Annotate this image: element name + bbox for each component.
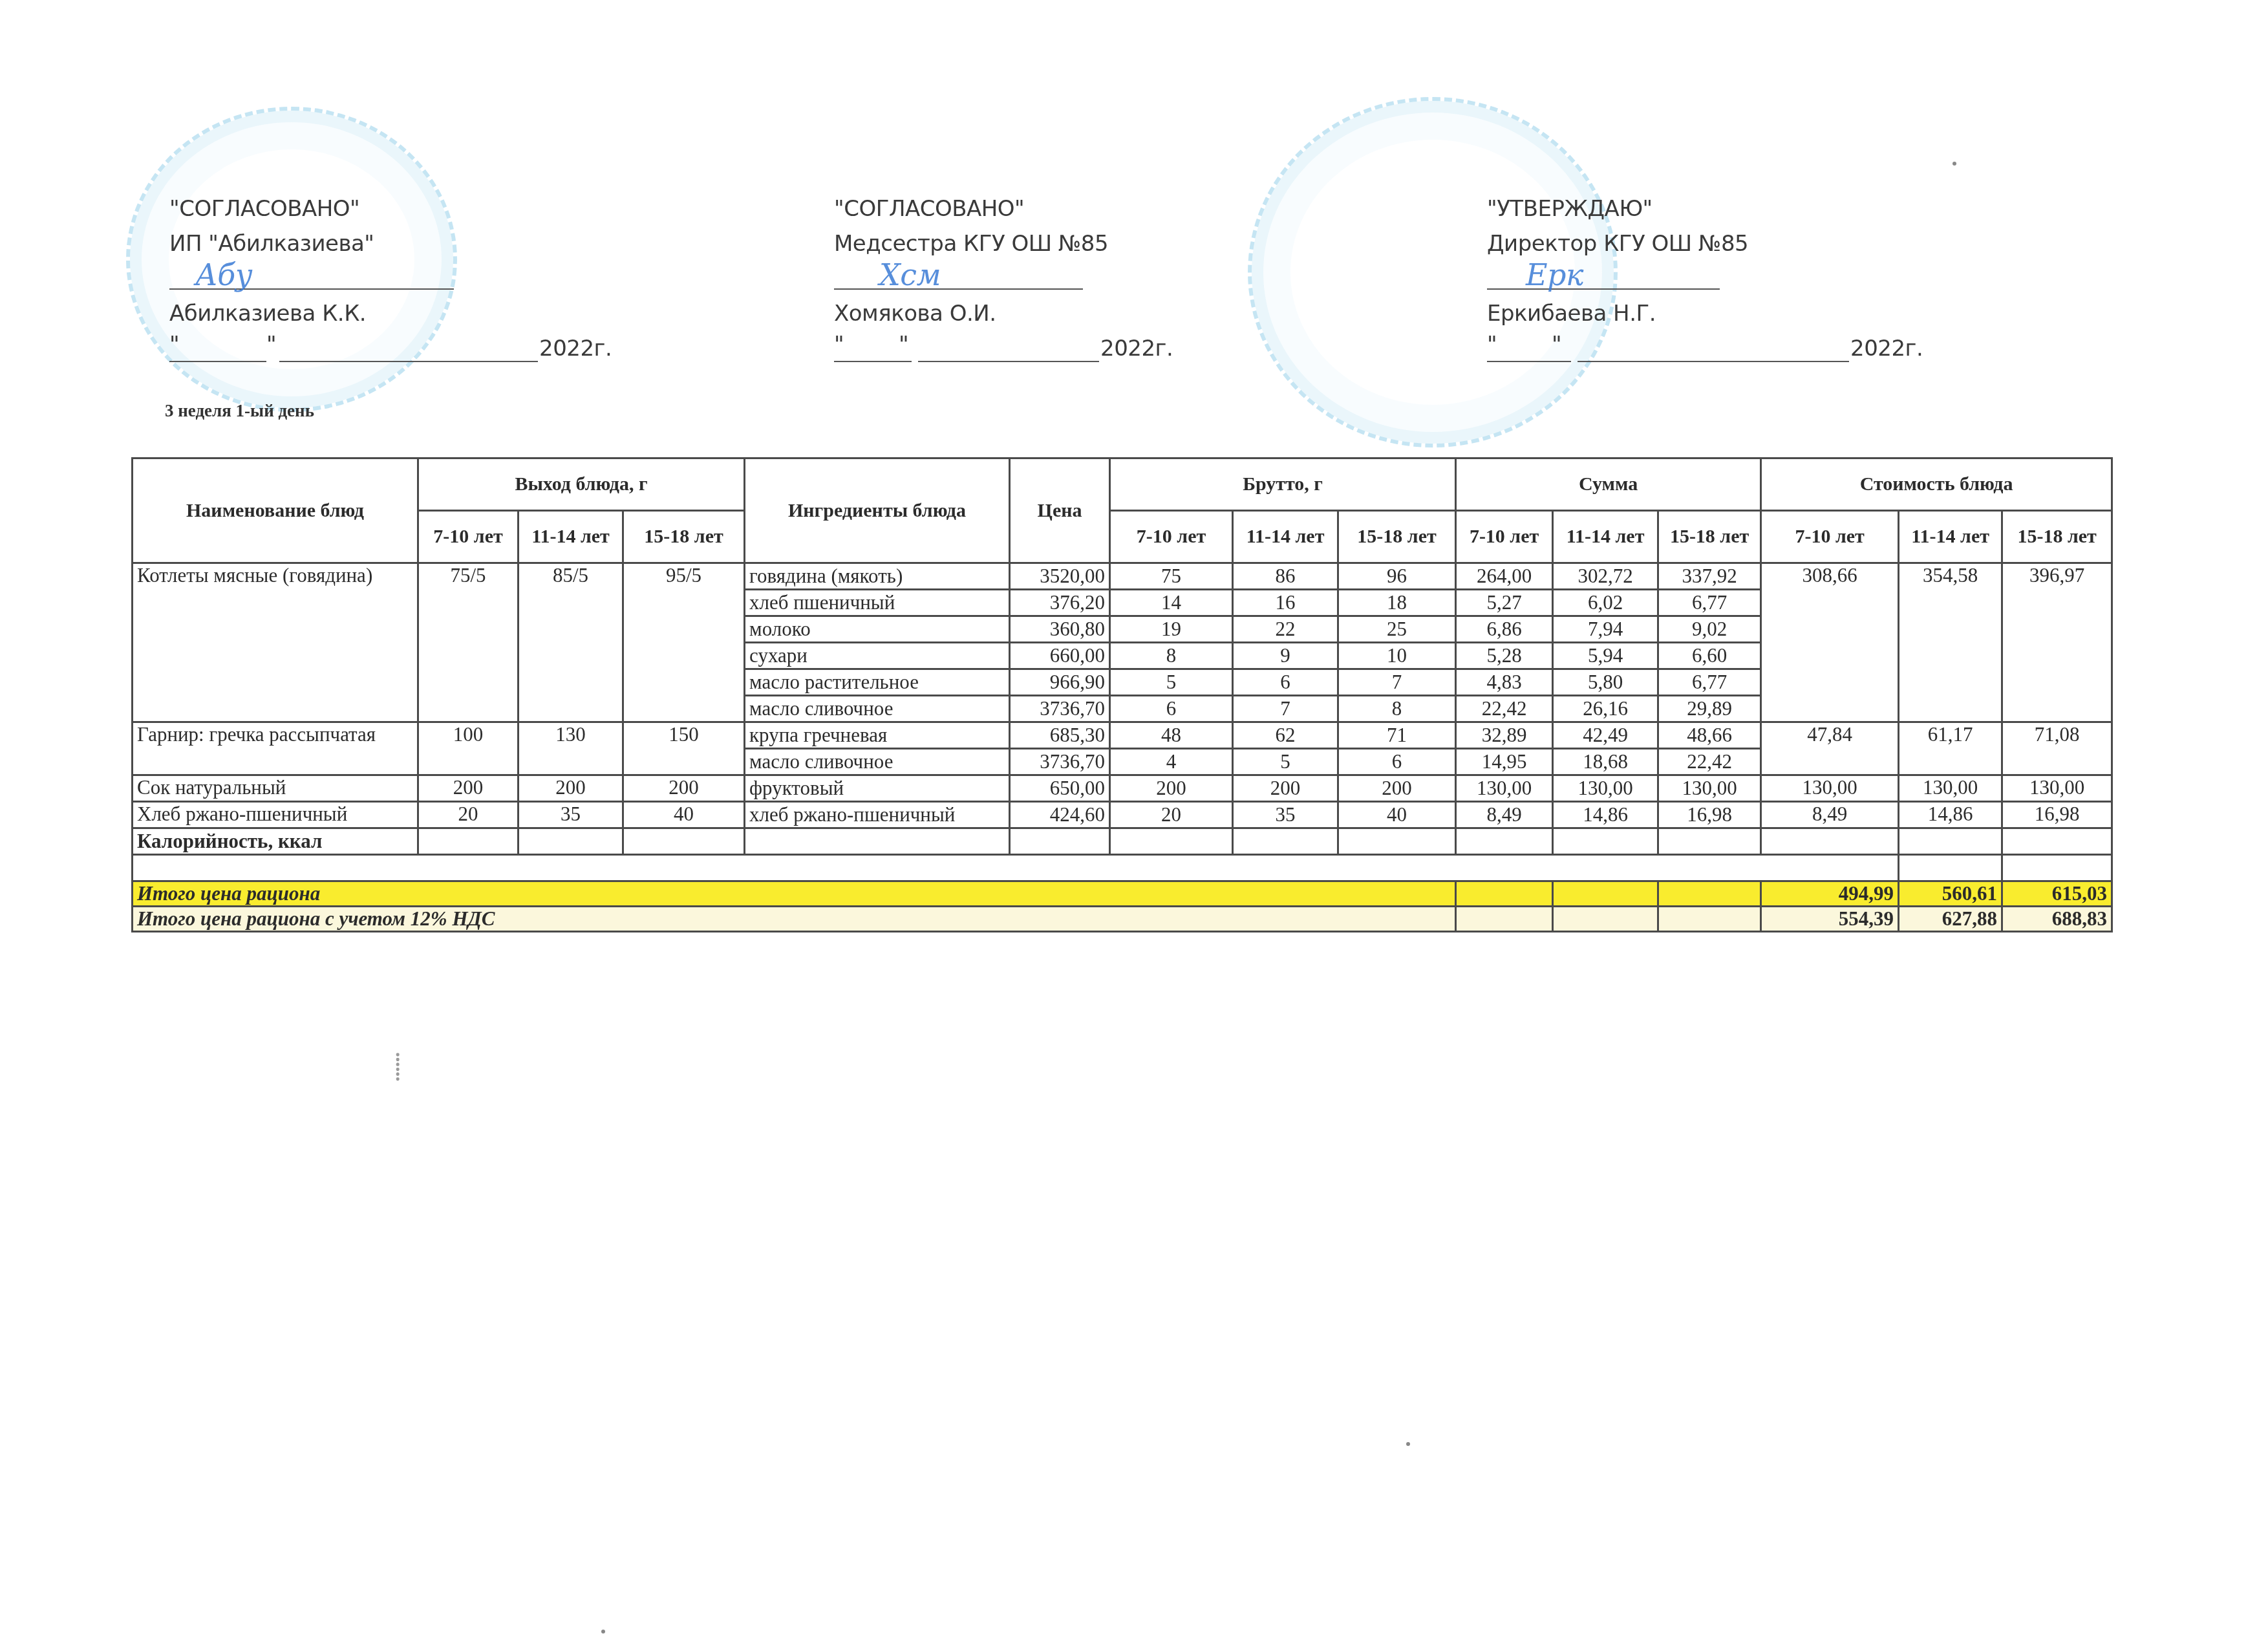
ingredient-price: 376,20 [1010,590,1110,616]
ingredient-brutto: 25 [1338,616,1456,643]
header-dish-name: Наименование блюд [133,458,418,563]
calorie-cell [1553,828,1658,855]
dish-name: Сок натуральный [133,775,418,802]
dish-yield: 85/5 [519,563,623,722]
date-year: 2022г. [539,331,612,366]
menu-cost-table: Наименование блюд Выход блюда, г Ингреди… [131,457,2113,932]
ingredient-name: говядина (мякоть) [745,563,1010,590]
ingredient-name: хлеб пшеничный [745,590,1010,616]
date-year: 2022г. [1100,331,1173,366]
ingredient-sum: 5,28 [1456,643,1553,669]
ingredient-brutto: 200 [1338,775,1456,802]
scan-artifact [1406,1442,1410,1446]
ingredient-sum: 6,77 [1658,669,1761,696]
ingredient-sum: 5,94 [1553,643,1658,669]
calorie-label: Калорийность, ккал [133,828,418,855]
approval-block-supplier: "СОГЛАСОВАНО" ИП "Абилказиева" Абу Абилк… [169,191,374,366]
spacer-cell [133,855,1899,881]
approval-date: " " 2022г. [834,331,1108,366]
ingredient-brutto: 6 [1110,696,1233,722]
date-quote-close: " [266,327,276,362]
header-ingredients: Ингредиенты блюда [745,458,1010,563]
ingredient-brutto: 75 [1110,563,1233,590]
signature-rule [834,288,1083,290]
total-value: 554,39 [1761,907,1899,932]
scan-artifact [1952,162,1956,166]
ingredient-brutto: 71 [1338,722,1456,749]
table-row: Котлеты мясные (говядина)75/585/595/5гов… [133,563,2112,590]
header-cost-age-2: 15-18 лет [2002,511,2112,563]
total-value: 560,61 [1899,881,2002,907]
calorie-cell [745,828,1010,855]
ingredient-name: хлеб ржано-пшеничный [745,802,1010,828]
dish-name: Гарнир: гречка рассыпчатая [133,722,418,775]
week-day-label: 3 неделя 1-ый день [165,401,314,421]
ingredient-sum: 5,80 [1553,669,1658,696]
approval-block-nurse: "СОГЛАСОВАНО" Медсестра КГУ ОШ №85 Хсм Х… [834,191,1108,366]
ingredient-sum: 130,00 [1456,775,1553,802]
ingredient-brutto: 19 [1110,616,1233,643]
dish-yield: 130 [519,722,623,775]
calorie-cell [1010,828,1110,855]
ingredient-brutto: 14 [1110,590,1233,616]
ingredient-brutto: 86 [1233,563,1338,590]
ingredient-brutto: 4 [1110,749,1233,775]
approval-name: Еркибаева Н.Г. [1487,296,1748,331]
ingredient-sum: 9,02 [1658,616,1761,643]
ingredient-name: крупа гречневая [745,722,1010,749]
day-blank [169,361,266,362]
total-blank [1658,907,1761,932]
age-group-header-row: 7-10 лет11-14 лет15-18 лет7-10 лет11-14 … [133,511,2112,563]
month-blank [279,361,538,362]
ingredient-sum: 14,95 [1456,749,1553,775]
dish-yield: 100 [418,722,519,775]
calorie-cell [519,828,623,855]
ingredient-name: масло растительное [745,669,1010,696]
total-value: 688,83 [2002,907,2112,932]
total-value: 615,03 [2002,881,2112,907]
ingredient-sum: 337,92 [1658,563,1761,590]
header-brutto: Брутто, г [1110,458,1456,511]
ingredient-brutto: 48 [1110,722,1233,749]
approval-block-director: "УТВЕРЖДАЮ" Директор КГУ ОШ №85 Ерк Ерки… [1487,191,1748,366]
ingredient-brutto: 7 [1233,696,1338,722]
ingredient-brutto: 200 [1110,775,1233,802]
header-yield-age-2: 15-18 лет [623,511,745,563]
ingredient-sum: 48,66 [1658,722,1761,749]
date-quote-close: " [899,327,908,362]
table-row: Сок натуральный200200200фруктовый650,002… [133,775,2112,802]
ingredient-sum: 32,89 [1456,722,1553,749]
header-yield-age-1: 11-14 лет [519,511,623,563]
calorie-cell [1658,828,1761,855]
calorie-cell [623,828,745,855]
scan-artifact: ⸽ [394,1048,401,1083]
calorie-cell [2002,828,2112,855]
approval-name: Абилказиева К.К. [169,296,374,331]
calorie-cell [1456,828,1553,855]
ingredient-sum: 5,27 [1456,590,1553,616]
total-blank [1553,907,1658,932]
ingredient-brutto: 18 [1338,590,1456,616]
header-brutto-age-2: 15-18 лет [1338,511,1456,563]
ingredient-brutto: 6 [1233,669,1338,696]
ingredient-name: масло сливочное [745,696,1010,722]
ingredient-price: 660,00 [1010,643,1110,669]
header-cost-age-1: 11-14 лет [1899,511,2002,563]
header-dish-cost: Стоимость блюда [1761,458,2112,511]
calorie-cell [1233,828,1338,855]
ingredient-price: 3736,70 [1010,696,1110,722]
total-row: Итого цена рациона с учетом 12% НДС554,3… [133,907,2112,932]
ingredient-name: молоко [745,616,1010,643]
total-blank [1456,907,1553,932]
dish-yield: 150 [623,722,745,775]
dish-yield: 200 [418,775,519,802]
ingredient-sum: 22,42 [1658,749,1761,775]
header-price: Цена [1010,458,1110,563]
approval-position: ИП "Абилказиева" [169,226,374,261]
ingredient-brutto: 200 [1233,775,1338,802]
ingredient-price: 3736,70 [1010,749,1110,775]
dish-cost: 71,08 [2002,722,2112,775]
total-value: 494,99 [1761,881,1899,907]
ingredient-brutto: 40 [1338,802,1456,828]
total-blank [1553,881,1658,907]
header-brutto-age-1: 11-14 лет [1233,511,1338,563]
dish-yield: 200 [623,775,745,802]
ingredient-name: сухари [745,643,1010,669]
dish-yield: 35 [519,802,623,828]
dish-yield: 75/5 [418,563,519,722]
ingredient-brutto: 9 [1233,643,1338,669]
ingredient-name: масло сливочное [745,749,1010,775]
ingredient-sum: 8,49 [1456,802,1553,828]
signature-rule [1487,288,1720,290]
ingredient-sum: 264,00 [1456,563,1553,590]
dish-yield: 200 [519,775,623,802]
ingredient-brutto: 8 [1338,696,1456,722]
ingredient-sum: 18,68 [1553,749,1658,775]
dish-yield: 20 [418,802,519,828]
calorie-cell [1761,828,1899,855]
scan-artifact [601,1630,605,1633]
ingredient-brutto: 7 [1338,669,1456,696]
month-blank [918,361,1099,362]
date-year: 2022г. [1850,331,1923,366]
ingredient-price: 424,60 [1010,802,1110,828]
handwritten-signature: Ерк [1526,257,1583,292]
header-sum-age-1: 11-14 лет [1553,511,1658,563]
ingredient-sum: 7,94 [1553,616,1658,643]
ingredient-brutto: 20 [1110,802,1233,828]
approval-heading: "СОГЛАСОВАНО" [834,191,1108,226]
header-brutto-age-0: 7-10 лет [1110,511,1233,563]
signature-line: Хсм [834,261,1108,296]
spacer-row [133,855,2112,881]
spacer-cell [2002,855,2112,881]
ingredient-sum: 6,86 [1456,616,1553,643]
dish-cost: 47,84 [1761,722,1899,775]
total-blank [1456,881,1553,907]
calorie-cell [1338,828,1456,855]
dish-cost: 130,00 [2002,775,2112,802]
header-yield: Выход блюда, г [418,458,745,511]
total-label: Итого цена рациона с учетом 12% НДС [133,907,1456,932]
calorie-row: Калорийность, ккал [133,828,2112,855]
handwritten-signature: Абу [195,257,252,292]
dish-cost: 130,00 [1899,775,2002,802]
ingredient-sum: 130,00 [1553,775,1658,802]
approval-date: " " 2022г. [169,331,374,366]
date-quote-open: " [834,327,844,362]
ingredient-brutto: 6 [1338,749,1456,775]
ingredient-sum: 42,49 [1553,722,1658,749]
calorie-cell [1899,828,2002,855]
ingredient-brutto: 16 [1233,590,1338,616]
ingredient-sum: 29,89 [1658,696,1761,722]
table-row: Хлеб ржано-пшеничный203540хлеб ржано-пше… [133,802,2112,828]
approval-date: " " 2022г. [1487,331,1748,366]
month-blank [1578,361,1849,362]
ingredient-brutto: 62 [1233,722,1338,749]
header-yield-age-0: 7-10 лет [418,511,519,563]
dish-cost: 308,66 [1761,563,1899,722]
ingredient-brutto: 5 [1233,749,1338,775]
dish-cost: 354,58 [1899,563,2002,722]
ingredient-sum: 16,98 [1658,802,1761,828]
signature-line: Абу [169,261,374,296]
spacer-cell [1899,855,2002,881]
total-blank [1658,881,1761,907]
dish-cost: 61,17 [1899,722,2002,775]
approval-position: Директор КГУ ОШ №85 [1487,226,1748,261]
ingredient-price: 966,90 [1010,669,1110,696]
date-quote-close: " [1552,327,1561,362]
ingredient-sum: 22,42 [1456,696,1553,722]
dish-cost: 16,98 [2002,802,2112,828]
calorie-cell [418,828,519,855]
date-quote-open: " [169,327,179,362]
ingredient-price: 3520,00 [1010,563,1110,590]
ingredient-sum: 130,00 [1658,775,1761,802]
ingredient-brutto: 96 [1338,563,1456,590]
dish-cost: 14,86 [1899,802,2002,828]
table-row: Гарнир: гречка рассыпчатая100130150крупа… [133,722,2112,749]
ingredient-name: фруктовый [745,775,1010,802]
calorie-cell [1110,828,1233,855]
ingredient-sum: 302,72 [1553,563,1658,590]
dish-cost: 8,49 [1761,802,1899,828]
total-label: Итого цена рациона [133,881,1456,907]
ingredient-brutto: 22 [1233,616,1338,643]
ingredient-price: 360,80 [1010,616,1110,643]
approval-heading: "СОГЛАСОВАНО" [169,191,374,226]
header-cost-age-0: 7-10 лет [1761,511,1899,563]
ingredient-brutto: 10 [1338,643,1456,669]
ingredient-brutto: 5 [1110,669,1233,696]
dish-yield: 95/5 [623,563,745,722]
dish-name: Хлеб ржано-пшеничный [133,802,418,828]
total-row: Итого цена рациона494,99560,61615,03 [133,881,2112,907]
ingredient-price: 685,30 [1010,722,1110,749]
header-sum: Сумма [1456,458,1761,511]
approval-position: Медсестра КГУ ОШ №85 [834,226,1108,261]
ingredient-sum: 6,77 [1658,590,1761,616]
dish-yield: 40 [623,802,745,828]
dish-cost: 130,00 [1761,775,1899,802]
ingredient-sum: 6,60 [1658,643,1761,669]
ingredient-brutto: 35 [1233,802,1338,828]
ingredient-brutto: 8 [1110,643,1233,669]
handwritten-signature: Хсм [879,257,941,292]
signature-line: Ерк [1487,261,1748,296]
ingredient-sum: 26,16 [1553,696,1658,722]
dish-cost: 396,97 [2002,563,2112,722]
approval-name: Хомякова О.И. [834,296,1108,331]
total-value: 627,88 [1899,907,2002,932]
ingredient-price: 650,00 [1010,775,1110,802]
dish-name: Котлеты мясные (говядина) [133,563,418,722]
ingredient-sum: 14,86 [1553,802,1658,828]
approval-heading: "УТВЕРЖДАЮ" [1487,191,1748,226]
date-quote-open: " [1487,327,1497,362]
header-sum-age-0: 7-10 лет [1456,511,1553,563]
ingredient-sum: 4,83 [1456,669,1553,696]
header-sum-age-2: 15-18 лет [1658,511,1761,563]
ingredient-sum: 6,02 [1553,590,1658,616]
